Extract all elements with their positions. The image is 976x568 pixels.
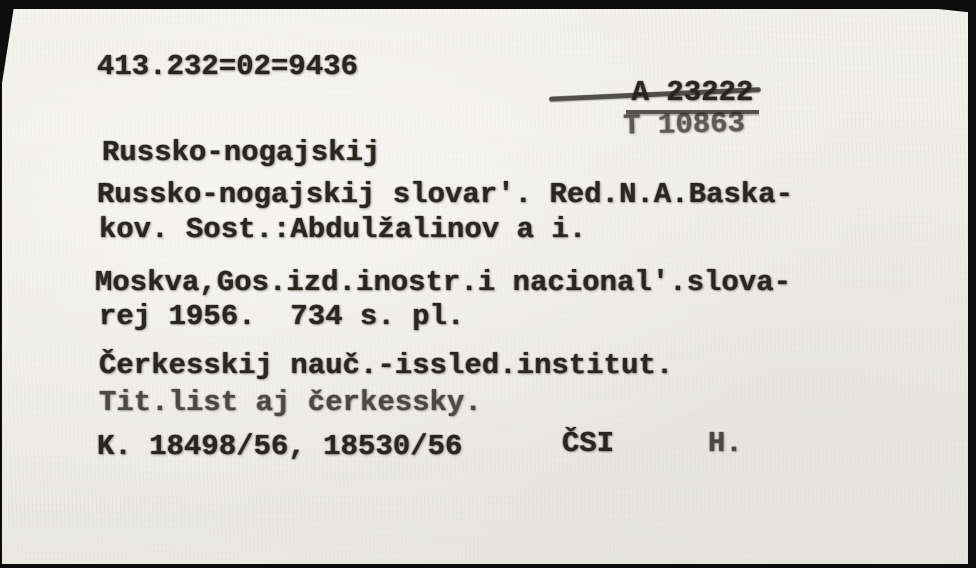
- note-line-1: Čerkesskij nauč.-issled.institut.: [99, 349, 673, 383]
- catalog-card: 413.232=02=9436 A 23222 T 10863 Russko-n…: [2, 9, 968, 564]
- imprint-line-2: rej 1956. 734 s. pl.: [99, 300, 464, 334]
- title-line-1: Russko-nogajskij slovar'. Red.N.A.Baska-: [97, 178, 793, 212]
- cancelled-shelf-mark-number: T 10863: [623, 107, 745, 143]
- strikethrough-line: [549, 87, 761, 102]
- library-siglum: ČSI: [562, 427, 614, 461]
- cataloger-initial: H.: [708, 427, 743, 461]
- scanned-page: { "card": { "classification_number": "41…: [0, 0, 976, 568]
- title-line-2: kov. Sost.:Abdulžalinov a i.: [99, 213, 586, 247]
- note-line-2: Tit.list aj čerkessky.: [99, 386, 482, 420]
- imprint-line-1: Moskva,Gos.izd.inostr.i nacional'.slova-: [95, 266, 791, 300]
- classification-number: 413.232=02=9436: [97, 50, 358, 84]
- card-heading: Russko-nogajskij: [102, 136, 380, 170]
- accession-numbers: K. 18498/56, 18530/56: [97, 430, 462, 464]
